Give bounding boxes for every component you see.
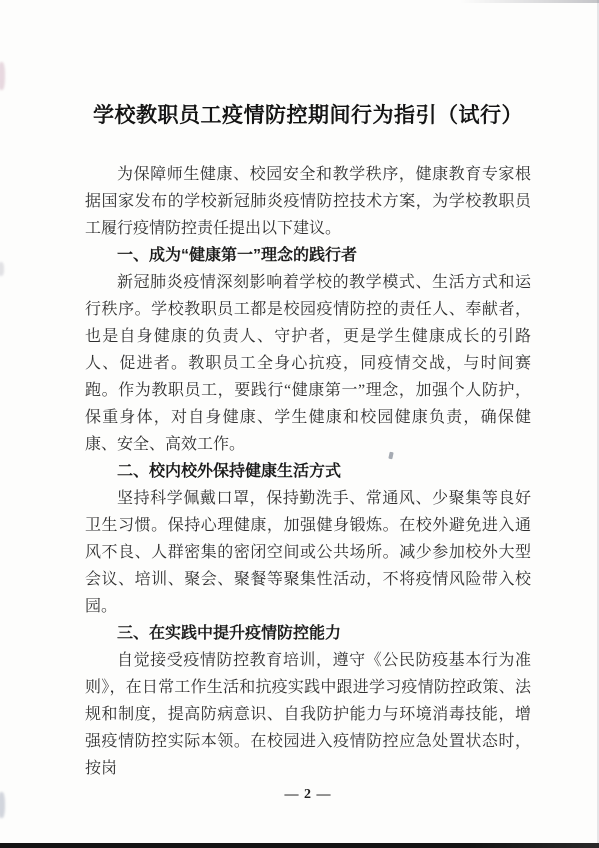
- body-paragraph: 新冠肺炎疫情深刻影响着学校的教学模式、生活方式和运行秩序。学校教职员工都是校园疫…: [85, 269, 531, 458]
- section-heading: 一、成为“健康第一”理念的践行者: [85, 242, 531, 269]
- document-body: 为保障师生健康、校园安全和教学秩序，健康教育专家根据国家发布的学校新冠肺炎疫情防…: [85, 161, 531, 782]
- scan-smudge-artifact: [0, 62, 5, 90]
- section-heading: 三、在实践中提升疫情防控能力: [85, 620, 531, 647]
- scanned-document-page: 学校教职员工疫情防控期间行为指引（试行） 为保障师生健康、校园安全和教学秩序，健…: [0, 0, 599, 848]
- scan-bottom-edge-artifact: [0, 843, 599, 848]
- section-heading: 二、校内校外保持健康生活方式: [85, 458, 531, 485]
- body-paragraph: 为保障师生健康、校园安全和教学秩序，健康教育专家根据国家发布的学校新冠肺炎疫情防…: [85, 161, 531, 242]
- page-number: — 2 —: [85, 787, 531, 803]
- scan-smudge-artifact: [0, 792, 5, 818]
- scan-smudge-artifact: [0, 262, 4, 276]
- document-content: 学校教职员工疫情防控期间行为指引（试行） 为保障师生健康、校园安全和教学秩序，健…: [85, 99, 531, 803]
- scan-top-edge-artifact: [460, 0, 599, 3]
- body-paragraph: 自觉接受疫情防控教育培训，遵守《公民防疫基本行为准则》，在日常工作生活和抗疫实践…: [85, 647, 531, 782]
- document-title: 学校教职员工疫情防控期间行为指引（试行）: [85, 99, 531, 131]
- body-paragraph: 坚持科学佩戴口罩，保持勤洗手、常通风、少聚集等良好卫生习惯。保持心理健康，加强健…: [85, 485, 531, 620]
